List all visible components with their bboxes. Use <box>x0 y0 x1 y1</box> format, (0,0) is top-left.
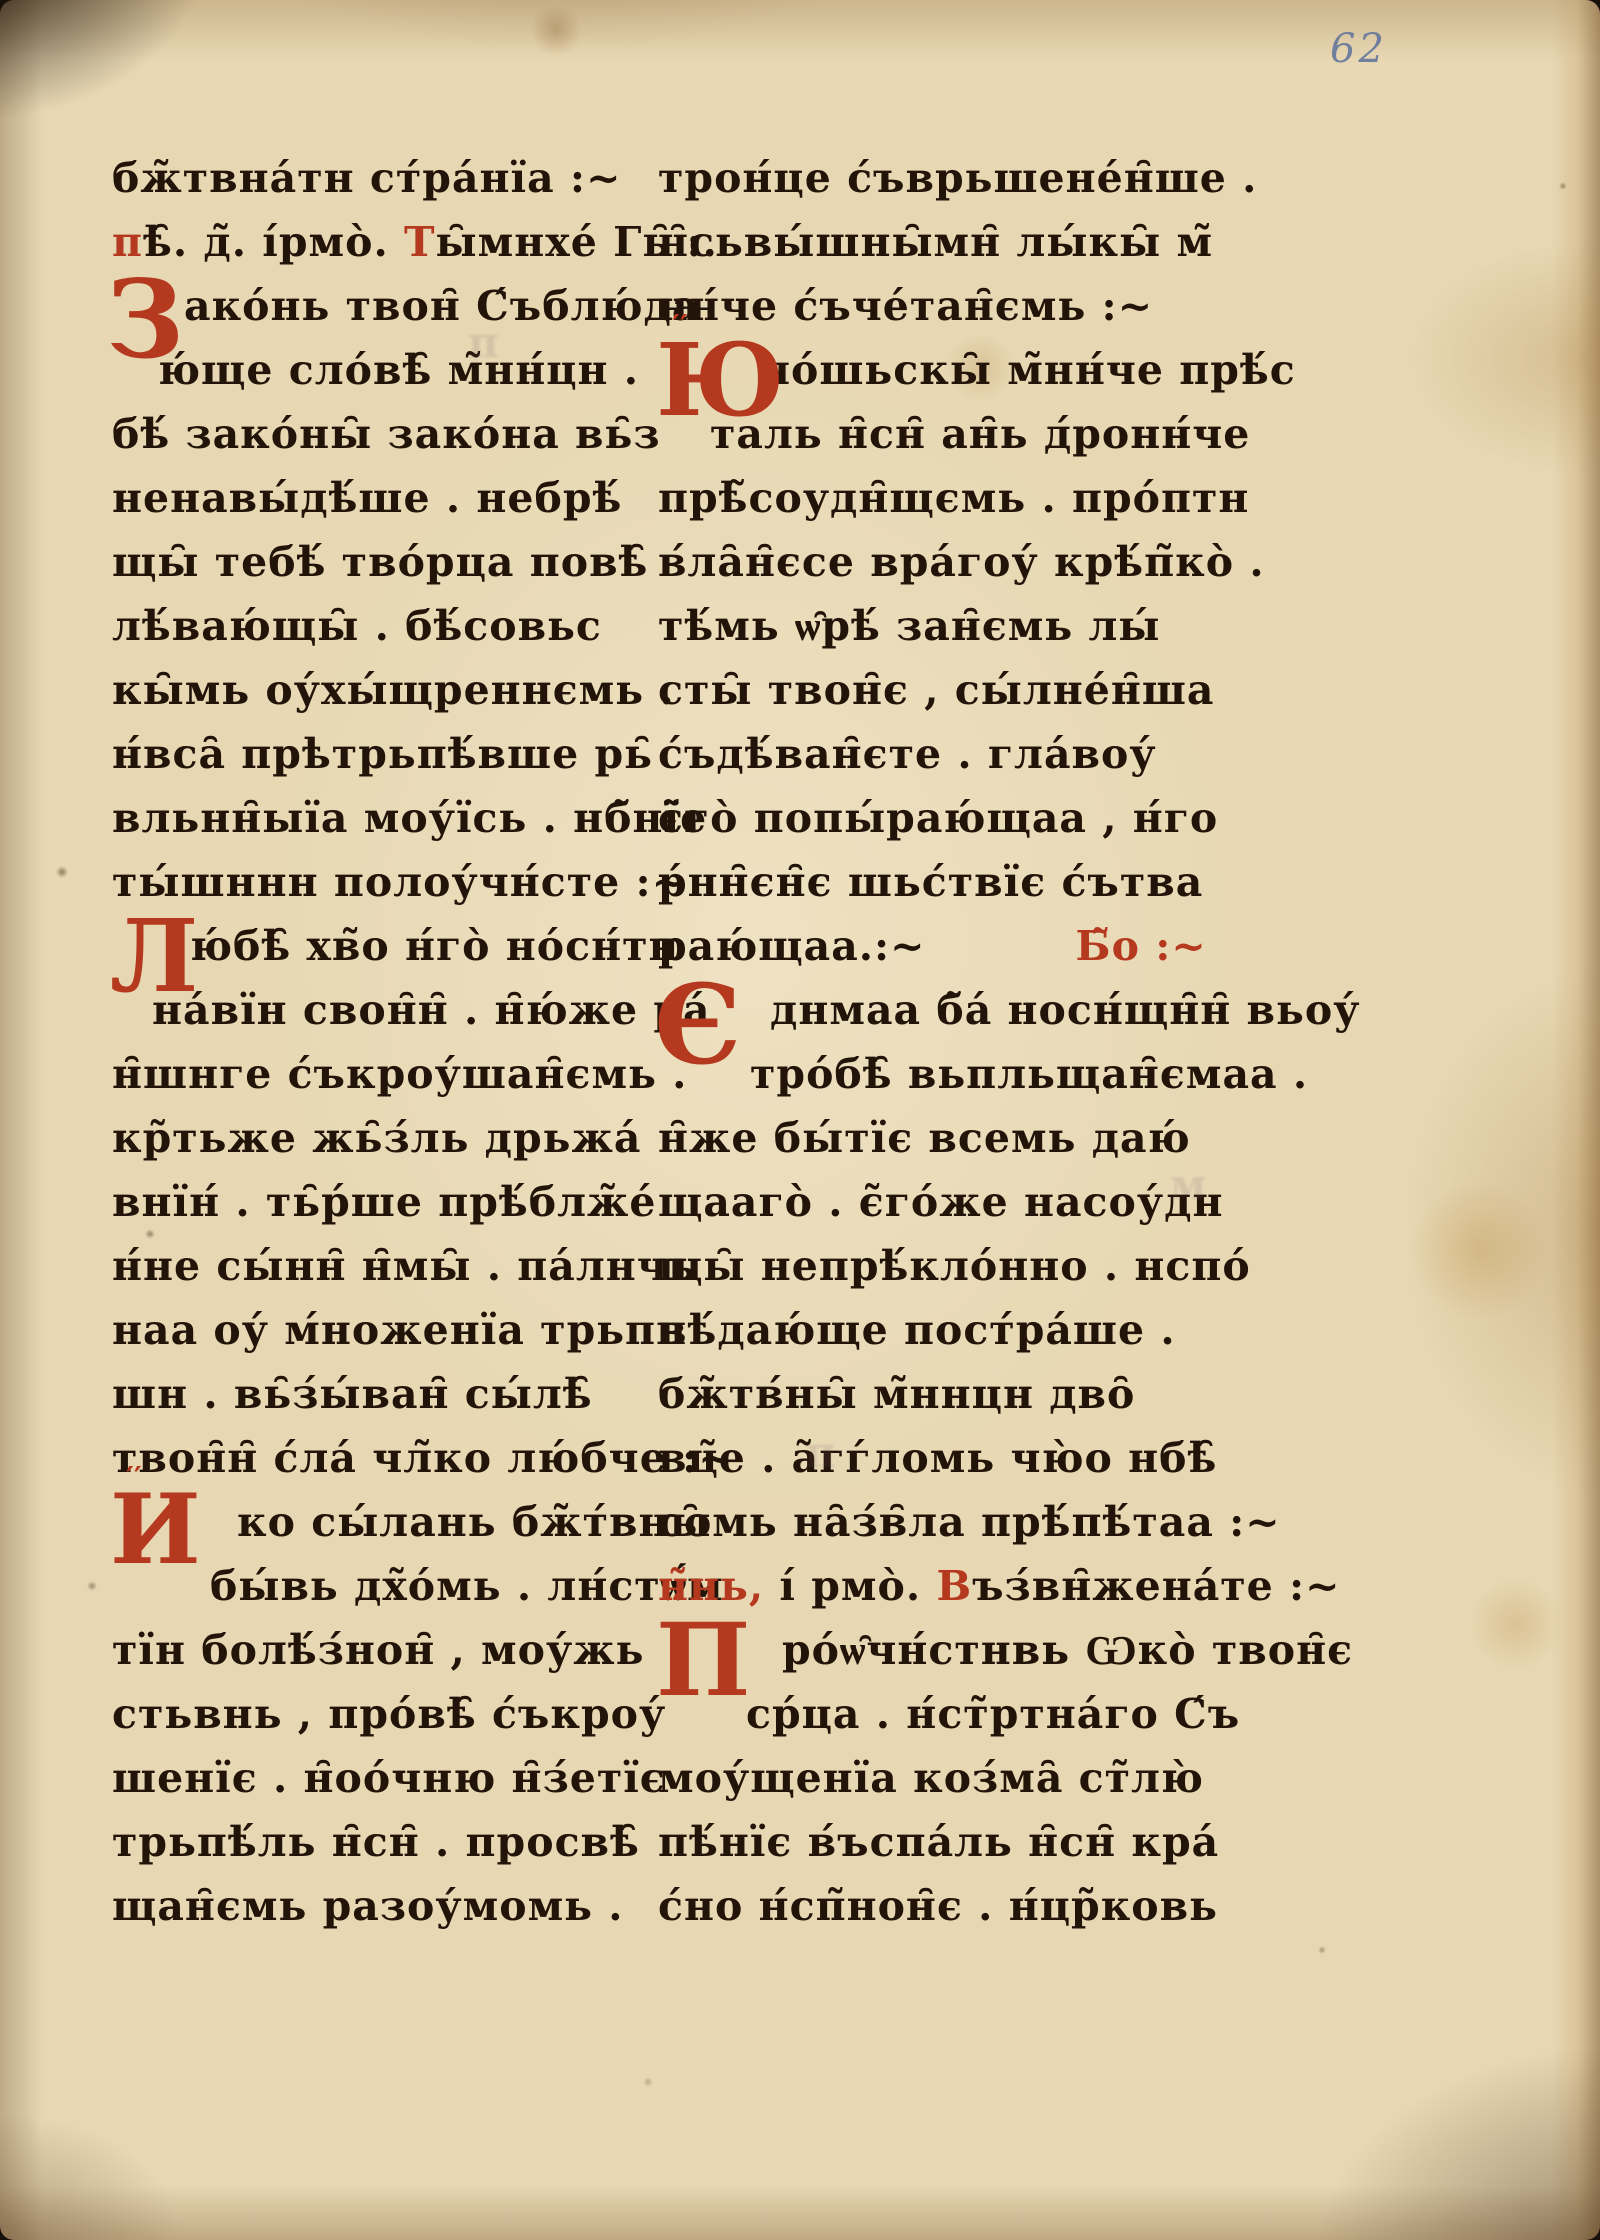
text-line: днмаа б̃а́ носн́щн̑н̑ вьоу́ <box>658 978 1360 1042</box>
text-line: ро́ѡ̑чн́стнвь Ѡко̀ твон̑є <box>658 1618 1353 1682</box>
body-text: н́вса̑ прѣтрьпѣ́вше рь̑ <box>112 730 653 778</box>
bleed-through-mark: п <box>805 1428 836 1477</box>
body-text: щы̑ непрѣ́кло́нно . нспо́ <box>658 1242 1251 1290</box>
text-line: шенїє . н̑оо́чню н̑з́етїє <box>112 1746 666 1810</box>
text-line: ако́нь твон̑ С́ъблю́да <box>112 274 699 338</box>
drop-cap-initial: З <box>106 266 184 374</box>
body-text: бж̃твна́тн ст́ра́нїа :~ <box>112 154 621 202</box>
drop-cap-accent-mark: ′′ <box>126 1464 142 1494</box>
body-text: трьпѣ́ль н̑сн̑ . просвѣ̑ <box>112 1818 640 1866</box>
body-text: стьвнь , про́вѣ̑ с́ъкроу́ <box>112 1690 666 1738</box>
rubric-text: Т <box>404 218 436 266</box>
body-text: тѣ́мь ѡ̑рѣ́ зан̑ємь лы́ <box>658 602 1161 650</box>
body-text: наа оу́ м́ноженїа трьпн <box>112 1306 687 1354</box>
text-line: тїн болѣ́з́нон̑ , моу́жь <box>112 1618 644 1682</box>
body-text: трон́це с́ъврьшене́н̑ше . <box>658 154 1257 202</box>
body-text: ко сы́лань бж̃т́вны̑ <box>237 1498 712 1546</box>
body-text: ненавы́дѣ́ше . небрѣ́ <box>112 474 622 522</box>
bleed-through-mark: м <box>1170 1160 1206 1209</box>
body-text: вѣ́даю́ще пост́ра́ше . <box>658 1306 1176 1354</box>
drop-cap-initial: Л <box>110 906 198 1006</box>
text-line: щы̑ тебѣ́ тво́рца повѣ̑ <box>112 530 648 594</box>
body-text: ты́шннн полоу́чн́сте :~ <box>112 858 687 906</box>
text-line: кр̃тьже жь̑з́ль дрьжа́ <box>112 1106 641 1170</box>
body-text: бж̃тв́ны̑ м̃ннцн дво̑ <box>658 1370 1135 1418</box>
body-text: ю́ще сло́вѣ̑ м̃нн́цн . <box>158 346 639 394</box>
text-line: с́но н́сп̃нон̑є . н́цр̃ковь <box>658 1874 1218 1938</box>
text-line: внїн́ . ть̑р́ше прѣ́блж̃е́ <box>112 1170 656 1234</box>
drop-cap-accent-mark: ′ <box>672 1592 680 1622</box>
text-line: вѣ́даю́ще пост́ра́ше . <box>658 1298 1176 1362</box>
text-line: р́нн̑єн̑є шьс́твїє с́ътва <box>658 850 1203 914</box>
text-line: трьпѣ́ль н̑сн̑ . просвѣ̑ <box>112 1810 640 1874</box>
body-text: внїн́ . ть̑р́ше прѣ́блж̃е́ <box>112 1178 656 1226</box>
text-line: прѣ̃соудн̑щємь . про́птн <box>658 466 1249 530</box>
body-text: с́ъдѣ́ван̑єте . гла́воу́ <box>658 730 1157 778</box>
body-text: вльнн̑ыїа моу́їсь . нб̃нїе <box>112 794 707 842</box>
text-line: трон́це с́ъврьшене́н̑ше . <box>658 146 1257 210</box>
text-line: с́ъдѣ́ван̑єте . гла́воу́ <box>658 722 1157 786</box>
text-line: в́ла̑н̑єсе вра́гоу́ крѣ́п̃ко̀ . <box>658 530 1265 594</box>
text-line: наа оу́ м́ноженїа трьпн <box>112 1298 687 1362</box>
text-line: н̑же бы́тїє всемь даю́ <box>658 1106 1191 1170</box>
manuscript-page: 62 бж̃твна́тн ст́ра́нїа :~пѣ̑. д̃. і́рмо… <box>0 0 1600 2240</box>
bleed-through-mark: п <box>468 318 499 367</box>
text-line: щан̑ємь разоу́момь . <box>112 1874 624 1938</box>
body-text: бѣ́ зако́ны̑ зако́на вь̑з <box>112 410 661 458</box>
drop-cap-accent-mark: ′′ <box>672 312 688 342</box>
body-text: ср́ца . н́ст̃ртна́го С́ъ <box>746 1690 1240 1738</box>
text-line: пѣ̑. д̃. і́рмо̀. Ты̑мнхе́ Гь̑ :. <box>112 210 718 274</box>
text-line: ненавы́дѣ́ше . небрѣ́ <box>112 466 622 530</box>
body-text: ро́ѡ̑чн́стнвь Ѡко̀ твон̑є <box>782 1626 1353 1674</box>
text-line: щааго̀ . є̃го́же насоу́дн <box>658 1170 1223 1234</box>
text-line: тро́бѣ̑ вьпльщан̑ємаа . <box>658 1042 1308 1106</box>
body-text: р́нн̑єн̑є шьс́твїє с́ътва <box>658 858 1203 906</box>
text-line: н̑сьвы́шны̑мн̑ лы́кы̑ м̃ <box>658 210 1213 274</box>
body-text: пѣ́нїє в́ъспа́ль н̑сн̑ кра́ <box>658 1818 1219 1866</box>
text-line: є̃го̀ попы́раю́щаа , н́го <box>658 786 1218 850</box>
body-text: н̑сьвы́шны̑мн̑ лы́кы̑ м̃ <box>658 218 1213 266</box>
text-line: н̃нь, і́ рмо̀. Въз́вн̑жена́те :~ <box>658 1554 1341 1618</box>
body-text: шенїє . н̑оо́чню н̑з́етїє <box>112 1754 666 1802</box>
body-text: на́вїн свон̑н̑ . н̑ю́же ра́ <box>152 986 711 1034</box>
drop-cap-initial: Є <box>654 970 742 1080</box>
body-text: ю́бѣ̑ хв̃о н́го̀ но́сн́тн <box>190 922 680 970</box>
text-line: на́вїн свон̑н̑ . н̑ю́же ра́ <box>112 978 711 1042</box>
body-text: кы̑мь оу́хы́щреннємь . <box>112 666 675 714</box>
body-text: н̑шнге с́ъкроу́шан̑ємь . <box>112 1050 687 1098</box>
drop-cap-initial: Ю <box>656 330 785 430</box>
body-text: тро́бѣ̑ вьпльщан̑ємаа . <box>750 1050 1308 1098</box>
body-text: днмаа б̃а́ носн́щн̑н̑ вьоу́ <box>770 986 1360 1034</box>
text-line: щы̑ непрѣ́кло́нно . нспо́ <box>658 1234 1251 1298</box>
text-line: твон̑н̑ с́ла́ чл̃ко лю́бче :~ <box>112 1426 734 1490</box>
body-text: ако́нь твон̑ С́ъблю́да <box>184 282 699 330</box>
body-text: щы̑ тебѣ́ тво́рца повѣ̑ <box>112 538 648 586</box>
folio-number: 62 <box>1330 26 1387 72</box>
rubric-text: Б̃о :~ <box>1076 922 1207 970</box>
text-line: моу́щенїа коз́ма̑ ст̃лю̀ <box>658 1746 1204 1810</box>
body-text: бы́вь дх̃о́мь . лн́стѡ́м <box>210 1562 724 1610</box>
drop-cap-initial: П <box>656 1610 750 1710</box>
body-text: сты̑ твон̑є , сы́лне́н̑ша <box>658 666 1214 714</box>
text-line: пѣ́нїє в́ъспа́ль н̑сн̑ кра́ <box>658 1810 1219 1874</box>
text-line: н́не сы́нн̑ н̑мы̑ . па́лнчь <box>112 1234 697 1298</box>
text-line: бж̃твна́тн ст́ра́нїа :~ <box>112 146 621 210</box>
body-text: щан̑ємь разоу́момь . <box>112 1882 624 1930</box>
text-line: сомь на̑з́в̑ла прѣ́пѣ́таа :~ <box>658 1490 1281 1554</box>
text-line: бж̃тв́ны̑ м̃ннцн дво̑ <box>658 1362 1135 1426</box>
body-text: с́но н́сп̃нон̑є . н́цр̃ковь <box>658 1882 1218 1930</box>
text-line: ю́ще сло́вѣ̑ м̃нн́цн . <box>112 338 639 402</box>
body-text: лѣ́ваю́щы̑ . бѣ́совьс <box>112 602 602 650</box>
drop-cap-initial: И <box>110 1482 201 1578</box>
body-text: в́ла̑н̑єсе вра́гоу́ крѣ́п̃ко̀ . <box>658 538 1265 586</box>
text-line: вц̃е . а̃гѓломь чю̀о нбѣ̑ <box>658 1426 1217 1490</box>
body-text: прѣ̃соудн̑щємь . про́птн <box>658 474 1249 522</box>
body-text: моу́щенїа коз́ма̑ ст̃лю̀ <box>658 1754 1204 1802</box>
body-text: і́ рмо̀. <box>764 1562 936 1610</box>
body-text: вц̃е . а̃гѓломь чю̀о нбѣ̑ <box>658 1434 1217 1482</box>
text-line: стьвнь , про́вѣ̑ с́ъкроу́ <box>112 1682 666 1746</box>
text-line: н́вса̑ прѣтрьпѣ́вше рь̑ <box>112 722 653 786</box>
body-text: тїн болѣ́з́нон̑ , моу́жь <box>112 1626 644 1674</box>
text-line: шн . вь̑з́ы́ван̑ сы́лѣ̑ <box>112 1362 593 1426</box>
rubric-text: В <box>936 1562 972 1610</box>
body-text: но́шьскы̑ м̃нн́че прѣ́с <box>760 346 1296 394</box>
body-text: сомь на̑з́в̑ла прѣ́пѣ́таа :~ <box>658 1498 1281 1546</box>
text-line: ты́шннн полоу́чн́сте :~ <box>112 850 687 914</box>
body-text: твон̑н̑ с́ла́ чл̃ко лю́бче :~ <box>112 1434 734 1482</box>
text-line: лѣ́ваю́щы̑ . бѣ́совьс <box>112 594 602 658</box>
text-line: бѣ́ зако́ны̑ зако́на вь̑з <box>112 402 661 466</box>
text-line: вльнн̑ыїа моу́їсь . нб̃нїе <box>112 786 707 850</box>
text-line: н̑шнге с́ъкроу́шан̑ємь . <box>112 1042 687 1106</box>
body-text: ъз́вн̑жена́те :~ <box>972 1562 1340 1610</box>
text-line: бы́вь дх̃о́мь . лн́стѡ́м <box>112 1554 724 1618</box>
text-line: тѣ́мь ѡ̑рѣ́ зан̑ємь лы́ <box>658 594 1161 658</box>
text-line: сты̑ твон̑є , сы́лне́н̑ша <box>658 658 1214 722</box>
body-text: кр̃тьже жь̑з́ль дрьжа́ <box>112 1114 641 1162</box>
body-text: таль н̑сн̑ ан̑ь д́ронн́че <box>710 410 1250 458</box>
text-line: кы̑мь оу́хы́щреннємь . <box>112 658 675 722</box>
body-text: шн . вь̑з́ы́ван̑ сы́лѣ̑ <box>112 1370 593 1418</box>
body-text: н́не сы́нн̑ н̑мы̑ . па́лнчь <box>112 1242 697 1290</box>
text-line: ко сы́лань бж̃т́вны̑ <box>112 1490 712 1554</box>
body-text: є̃го̀ попы́раю́щаа , н́го <box>658 794 1218 842</box>
body-text: щааго̀ . є̃го́же насоу́дн <box>658 1178 1223 1226</box>
body-text: н̑же бы́тїє всемь даю́ <box>658 1114 1191 1162</box>
